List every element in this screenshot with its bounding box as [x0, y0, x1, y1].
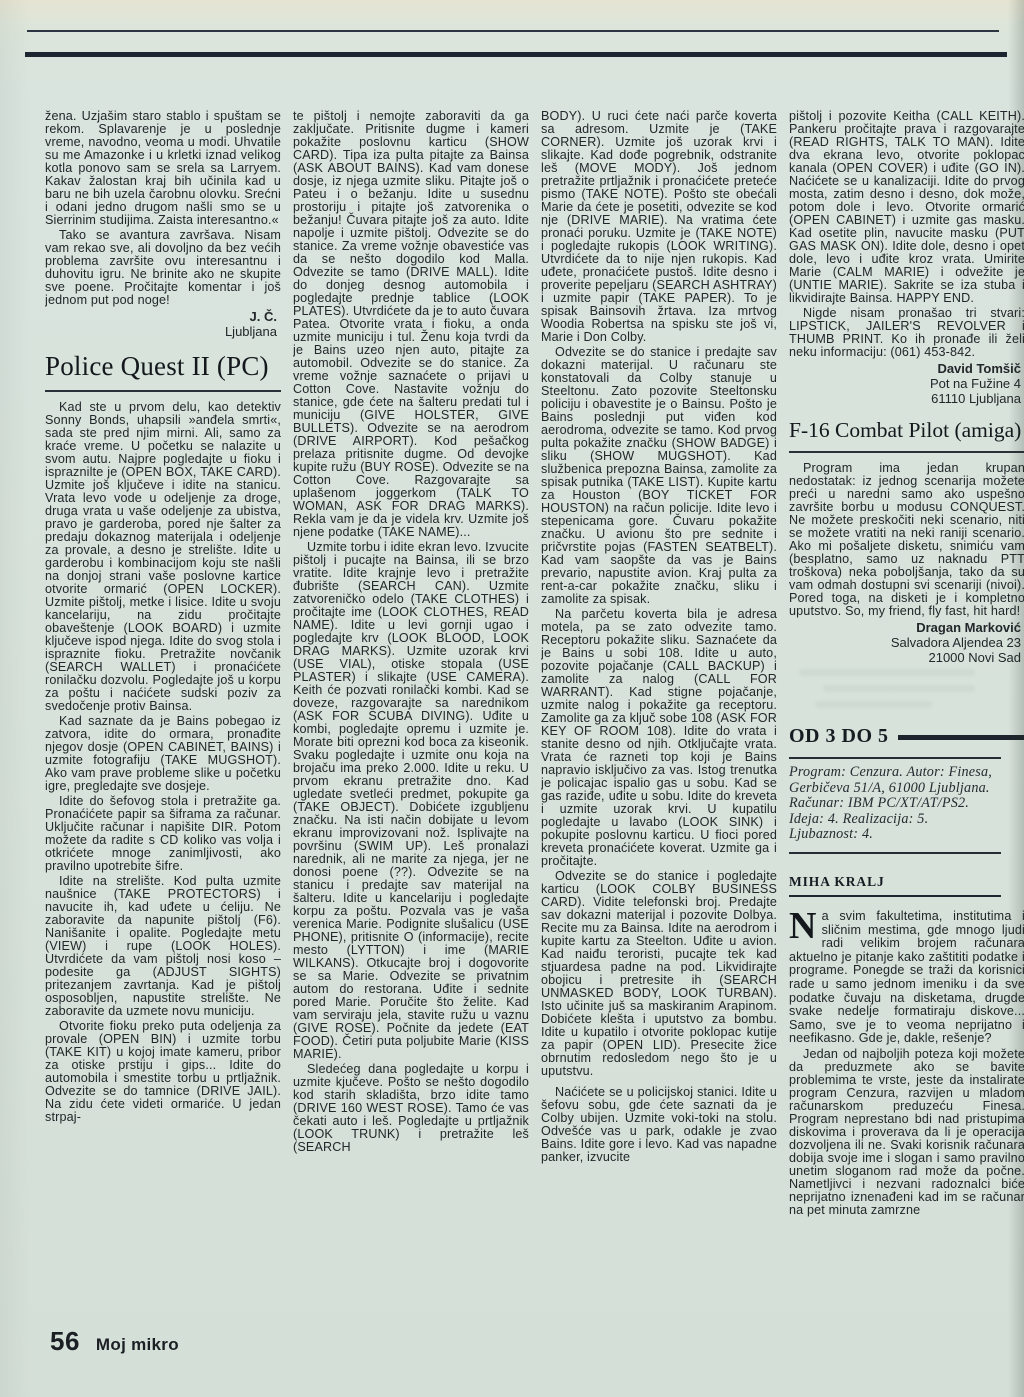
paragraph: Odvezite se do stanice i pogledajte kart…: [541, 870, 777, 1078]
section-title: OD 3 DO 5: [789, 725, 889, 748]
page-footer: 56 Moj mikro: [50, 1326, 179, 1357]
section-heading-od3do5: OD 3 DO 5: [789, 725, 1024, 748]
drop-cap: N: [789, 912, 817, 941]
paragraph-text: a svim fakultetima, institutima i slični…: [789, 909, 1024, 1045]
author-name: Dragan Marković: [789, 620, 1021, 635]
column-4: pištolj i pozovite Keitha (CALL KEITH). …: [789, 110, 1024, 1342]
paragraph: Odvezite se do stanice i predajte sav do…: [541, 346, 777, 606]
author-city: 21000 Novi Sad: [789, 650, 1021, 665]
paragraph: Nigde nisam pronašao tri stvari: LIPSTIC…: [789, 307, 1024, 359]
paragraph: Tako se avantura završava. Nisam vam rek…: [45, 229, 281, 307]
column-1: žena. Uzjašim staro stablo i spuštam se …: [45, 110, 281, 1342]
page-showthrough: [799, 669, 995, 717]
author-city: 61110 Ljubljana: [789, 391, 1021, 406]
article-title-police-quest: Police Quest II (PC): [45, 351, 281, 392]
heading-rule: [898, 735, 1024, 740]
paragraph: BODY). U ruci ćete naći parče koverta sa…: [541, 110, 777, 344]
magazine-page: žena. Uzjašim staro stablo i spuštam se …: [0, 0, 1024, 1397]
paragraph: Naćićete se u policijskoj stanici. Idite…: [541, 1086, 777, 1164]
paragraph: Idite na strelište. Kod pulta uzmite nau…: [45, 875, 281, 1018]
page-number: 56: [50, 1326, 80, 1357]
paragraph: Jedan od najboljih poteza koji možete da…: [789, 1048, 1024, 1217]
paragraph: Na parčetu koverta bila je adresa motela…: [541, 608, 777, 868]
paragraph: te pištolj i nemojte zaboraviti da ga za…: [293, 110, 529, 539]
paragraph: Kad ste u prvom delu, kao detektiv Sonny…: [45, 401, 281, 713]
paragraph: Uzmite torbu i idite ekran levo. Izvucit…: [293, 541, 529, 1061]
top-rule-thick: [25, 52, 1007, 57]
paragraph: Otvorite fioku preko puta odeljenja za p…: [45, 1020, 281, 1124]
author-city: Ljubljana: [45, 324, 277, 339]
magazine-name: Moj mikro: [96, 1335, 179, 1355]
top-rule-thin: [27, 30, 999, 32]
byline-miha-kralj: MIHA KRALJ: [789, 874, 1001, 897]
author-signature: J. Č. Ljubljana: [45, 309, 277, 339]
article-columns: žena. Uzjašim staro stablo i spuštam se …: [45, 110, 1024, 1342]
paragraph: žena. Uzjašim staro stablo i spuštam se …: [45, 110, 281, 227]
author-street: Pot na Fužine 4: [789, 376, 1021, 391]
author-signature: Dragan Marković Salvadora Aljendea 23 21…: [789, 620, 1021, 665]
paragraph: Idite do šefovog stola i pretražite ga. …: [45, 795, 281, 873]
paragraph: pištolj i pozovite Keitha (CALL KEITH). …: [789, 110, 1024, 305]
author-signature: David Tomšič Pot na Fužine 4 61110 Ljubl…: [789, 361, 1021, 406]
paragraph: Kad saznate da je Bains pobegao iz zatvo…: [45, 715, 281, 793]
paragraph: Sledećeg dana pogledajte u korpu i uzmit…: [293, 1063, 529, 1154]
article-title-f16: F-16 Combat Pilot (amiga): [789, 418, 1024, 453]
review-info-box: Program: Cenzura. Autor: Finesa, Gerbiče…: [789, 757, 1001, 854]
column-2: te pištolj i nemojte zaboraviti da ga za…: [293, 110, 529, 1342]
author-name: David Tomšič: [789, 361, 1021, 376]
author-initials: J. Č.: [45, 309, 277, 324]
paragraph: Program ima jedan krupan nedostatak: iz …: [789, 462, 1024, 618]
column-3: BODY). U ruci ćete naći parče koverta sa…: [541, 110, 777, 1342]
review-info-text: Program: Cenzura. Autor: Finesa, Gerbiče…: [789, 765, 1001, 843]
paragraph: Na svim fakultetima, institutima i sličn…: [789, 910, 1024, 1046]
author-street: Salvadora Aljendea 23: [789, 635, 1021, 650]
